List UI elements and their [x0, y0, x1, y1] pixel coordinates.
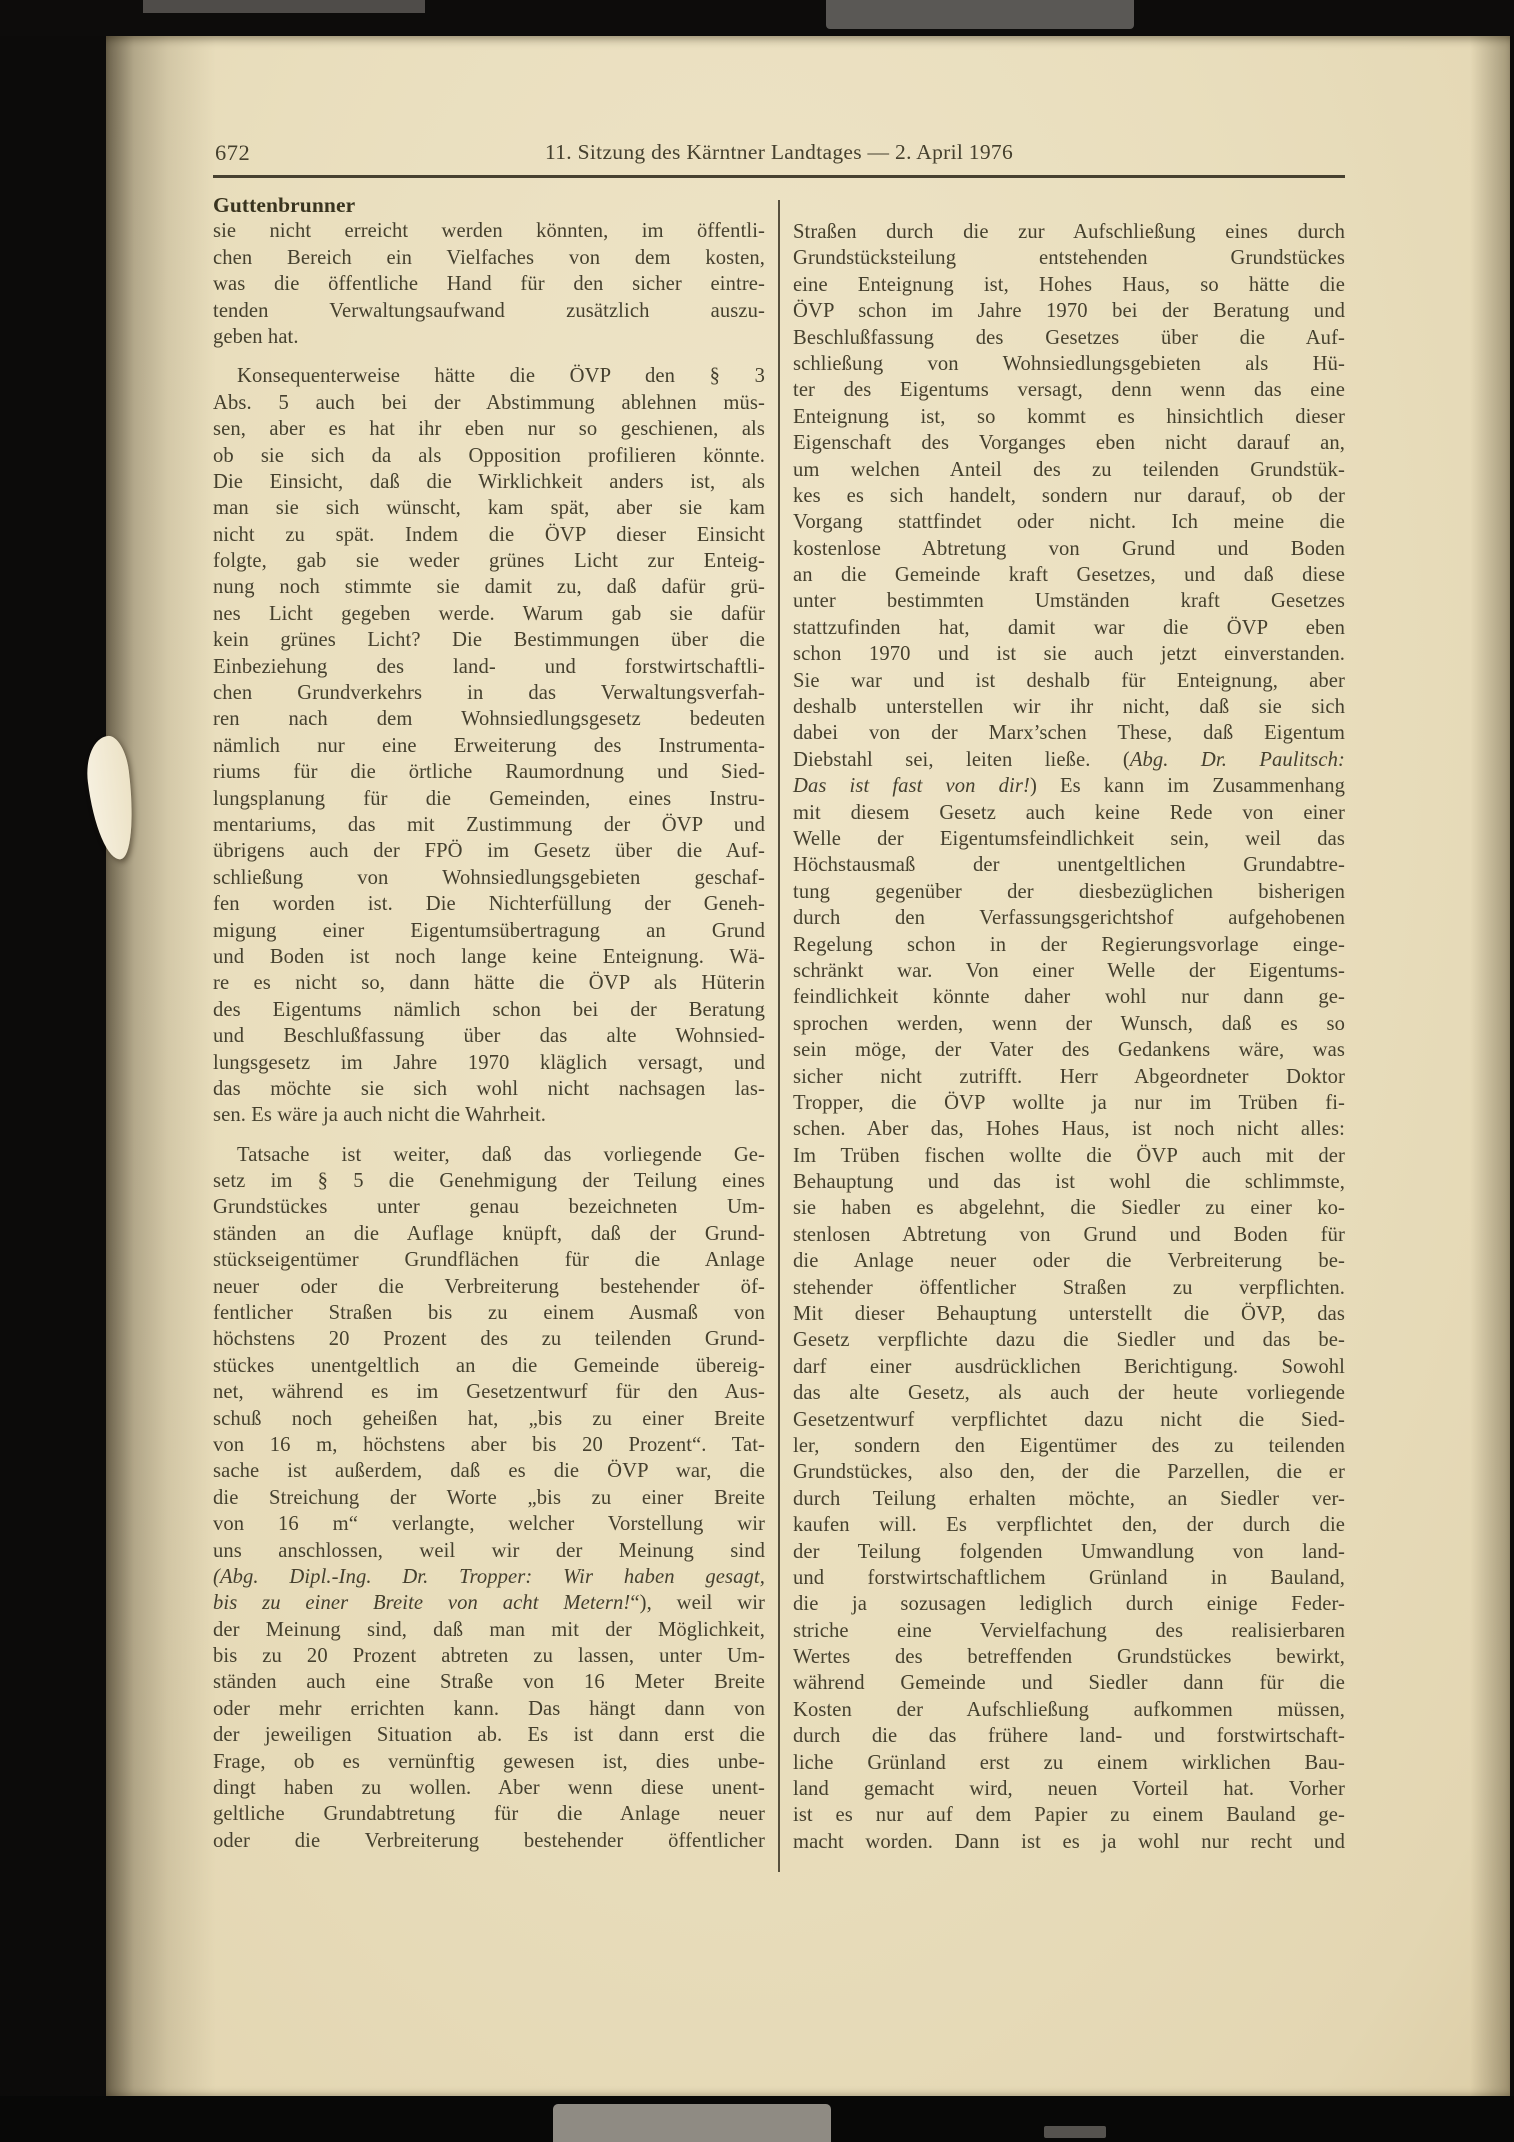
text-line: eine Enteignung ist, Hohes Haus, so hätt… [793, 272, 1345, 298]
text-line: Einbeziehung des land- und forstwirtscha… [213, 654, 765, 680]
header-rule [213, 175, 1345, 178]
text-line: kaufen will. Es verpflichtet den, der du… [793, 1512, 1345, 1538]
right-column: Straßen durch die zur Aufschließung eine… [793, 192, 1345, 1855]
scan-edge-block [826, 0, 1134, 29]
text-line: und forstwirtschaftlichem Grünland in Ba… [793, 1565, 1345, 1591]
text-line: der jeweiligen Situation ab. Es ist dann… [213, 1722, 765, 1748]
text-line: Grundstückes, also den, der die Parzelle… [793, 1459, 1345, 1485]
text-line: fen worden ist. Die Nichterfüllung der G… [213, 891, 765, 917]
text-line: das alte Gesetz, als auch der heute vorl… [793, 1380, 1345, 1406]
text-line: nes Licht gegeben werde. Warum gab sie d… [213, 601, 765, 627]
text-line: macht worden. Dann ist es ja wohl nur re… [793, 1829, 1345, 1855]
text-line: sie haben es abgelehnt, die Siedler zu e… [793, 1195, 1345, 1221]
text-line: Regelung schon in der Regierungsvorlage … [793, 932, 1345, 958]
text-line: Eigenschaft des Vorganges eben nicht dar… [793, 430, 1345, 456]
text-line: stattzufinden hat, damit war die ÖVP ebe… [793, 615, 1345, 641]
header-title: 11. Sitzung des Kärntner Landtages — 2. … [213, 140, 1345, 165]
text-line: Die Einsicht, daß die Wirklichkeit ander… [213, 469, 765, 495]
page-paper: 672 11. Sitzung des Kärntner Landtages —… [106, 36, 1510, 2096]
text-line: dingt haben zu wollen. Aber wenn diese u… [213, 1775, 765, 1801]
text-line: Gesetz verpflichte dazu die Siedler und … [793, 1327, 1345, 1353]
text-line: (Abg. Dipl.-Ing. Dr. Tropper: Wir haben … [213, 1564, 765, 1590]
text-line: die Anlage neuer oder die Verbreiterung … [793, 1248, 1345, 1274]
text-line: sicher nicht zutrifft. Herr Abgeordneter… [793, 1064, 1345, 1090]
text-line: schließung von Wohnsiedlungsgebieten ges… [213, 865, 765, 891]
text-line: Diebstahl sei, leiten ließe. (Abg. Dr. P… [793, 747, 1345, 773]
text-line: folgte, gab sie weder grünes Licht zur E… [213, 548, 765, 574]
scan-bottom-edge [0, 2096, 1514, 2142]
text-line: und Boden ist noch lange keine Enteignun… [213, 944, 765, 970]
text-line: Welle der Eigentumsfeindlichkeit sein, w… [793, 826, 1345, 852]
scan-edge-block [553, 2104, 831, 2142]
text-line: schließung von Wohnsiedlungsgebieten als… [793, 351, 1345, 377]
text-line: durch Teilung erhalten möchte, an Siedle… [793, 1486, 1345, 1512]
left-column-lines: sie nicht erreicht werden könnten, im öf… [213, 218, 765, 1854]
scan-edge-block [143, 0, 425, 13]
text-line: ständen auch eine Straße von 16 Meter Br… [213, 1669, 765, 1695]
text-line: stehender öffentlicher Straßen zu verpfl… [793, 1275, 1345, 1301]
text-line: Behauptung und das ist wohl die schlimms… [793, 1169, 1345, 1195]
text-line: übrigens auch der FPÖ im Gesetz über die… [213, 838, 765, 864]
text-line: riums für die örtliche Raumordnung und S… [213, 759, 765, 785]
text-line: ständen an die Auflage knüpft, daß der G… [213, 1221, 765, 1247]
text-line: von 16 m, höchstens aber bis 20 Prozent“… [213, 1432, 765, 1458]
text-line: nämlich nur eine Erweiterung des Instrum… [213, 733, 765, 759]
text-line: mit diesem Gesetz auch keine Rede von ei… [793, 800, 1345, 826]
text-line: nung noch stimmte sie damit zu, daß dafü… [213, 574, 765, 600]
text-line: Konsequenterweise hätte die ÖVP den § 3 [213, 363, 765, 389]
scan-edge-block [1044, 2126, 1106, 2138]
text-line: neuer oder die Verbreiterung bestehender… [213, 1274, 765, 1300]
text-line: Mit dieser Behauptung unterstellt die ÖV… [793, 1301, 1345, 1327]
text-line: kes es sich handelt, sondern nur darauf,… [793, 483, 1345, 509]
text-line: um welchen Anteil des zu teilenden Grund… [793, 457, 1345, 483]
text-line: stenlosen Abtretung von Grund und Boden … [793, 1222, 1345, 1248]
text-line: schen. Aber das, Hohes Haus, ist noch ni… [793, 1116, 1345, 1142]
text-line: mentariums, das mit Zustimmung der ÖVP u… [213, 812, 765, 838]
text-line: darf einer ausdrücklichen Berichtigung. … [793, 1354, 1345, 1380]
text-line: Grundstückes unter genau bezeichneten Um… [213, 1194, 765, 1220]
text-line: Sie war und ist deshalb für Enteignung, … [793, 668, 1345, 694]
text-line: Enteignung ist, so kommt es hinsichtlich… [793, 404, 1345, 430]
text-line: liche Grünland erst zu einem wirklichen … [793, 1750, 1345, 1776]
text-line: deshalb unterstellen wir ihr nicht, daß … [793, 694, 1345, 720]
page-header: 672 11. Sitzung des Kärntner Landtages —… [213, 138, 1345, 168]
right-column-lines: Straßen durch die zur Aufschließung eine… [793, 219, 1345, 1855]
text-line: Tatsache ist weiter, daß das vorliegende… [213, 1142, 765, 1168]
text-line: kein grünes Licht? Die Bestimmungen über… [213, 627, 765, 653]
text-line: das möchte sie sich wohl nicht nachsagen… [213, 1076, 765, 1102]
text-line: uns anschlossen, weil wir der Meinung si… [213, 1538, 765, 1564]
text-line: re es nicht so, dann hätte die ÖVP als H… [213, 970, 765, 996]
text-line: tenden Verwaltungsaufwand zusätzlich aus… [213, 298, 765, 324]
text-line: sen, aber es hat ihr eben nur so geschie… [213, 416, 765, 442]
text-line: schuß noch geheißen hat, „bis zu einer B… [213, 1406, 765, 1432]
text-line: ter des Eigentums versagt, denn wenn das… [793, 377, 1345, 403]
text-line: ler, sondern den Eigentümer des zu teile… [793, 1433, 1345, 1459]
text-line: stückseigentümer Grundflächen für die An… [213, 1247, 765, 1273]
text-line: Tropper, die ÖVP wollte ja nur im Trüben… [793, 1090, 1345, 1116]
text-line: die ja sozusagen lediglich durch einige … [793, 1591, 1345, 1617]
text-line: man sie sich wünscht, kam spät, aber sie… [213, 495, 765, 521]
text-line: durch die das frühere land- und forstwir… [793, 1723, 1345, 1749]
text-line: an die Gemeinde kraft Gesetzes, und daß … [793, 562, 1345, 588]
text-line: durch den Verfassungsgerichtshof aufgeho… [793, 905, 1345, 931]
scan-top-edge [0, 0, 1514, 36]
text-line: Das ist fast von dir!) Es kann im Zusamm… [793, 773, 1345, 799]
text-line: chen Bereich ein Vielfaches von dem kost… [213, 245, 765, 271]
column-divider [778, 200, 780, 1872]
page-right-shade [1470, 36, 1510, 2096]
text-line: des Eigentums nämlich schon bei der Bera… [213, 997, 765, 1023]
text-line: Beschlußfassung des Gesetzes über die Au… [793, 325, 1345, 351]
text-line: sache ist außerdem, daß es die ÖVP war, … [213, 1458, 765, 1484]
text-line: striche eine Vervielfachung des realisie… [793, 1618, 1345, 1644]
text-line: geltliche Grundabtretung für die Anlage … [213, 1801, 765, 1827]
text-line: ob sie sich da als Opposition profiliere… [213, 443, 765, 469]
text-line: Im Trüben fischen wollte die ÖVP auch mi… [793, 1143, 1345, 1169]
text-line: von 16 m“ verlangte, welcher Vorstellung… [213, 1511, 765, 1537]
text-line: sie nicht erreicht werden könnten, im öf… [213, 218, 765, 244]
text-line: setz im § 5 die Genehmigung der Teilung … [213, 1168, 765, 1194]
text-line: Gesetzentwurf verpflichtet dazu nicht di… [793, 1407, 1345, 1433]
text-line: nicht zu spät. Indem die ÖVP dieser Eins… [213, 522, 765, 548]
text-line: Höchstausmaß der unentgeltlichen Grundab… [793, 852, 1345, 878]
text-line: tung gegenüber der diesbezüglichen bishe… [793, 879, 1345, 905]
text-line: Vorgang stattfindet oder nicht. Ich mein… [793, 509, 1345, 535]
text-line: unter bestimmten Umständen kraft Gesetze… [793, 588, 1345, 614]
text-line: was die öffentliche Hand für den sicher … [213, 271, 765, 297]
text-line: oder die Verbreiterung bestehender öffen… [213, 1828, 765, 1854]
text-line: ist es nur auf dem Papier zu einem Baula… [793, 1802, 1345, 1828]
text-line: bis zu 20 Prozent abtreten zu lassen, un… [213, 1643, 765, 1669]
text-line: fentlicher Straßen bis zu einem Ausmaß v… [213, 1300, 765, 1326]
text-line: ÖVP schon im Jahre 1970 bei der Beratung… [793, 298, 1345, 324]
text-line: chen Grundverkehrs in das Verwaltungsver… [213, 680, 765, 706]
text-line: Kosten der Aufschließung aufkommen müsse… [793, 1697, 1345, 1723]
text-line: kostenlose Abtretung von Grund und Boden [793, 536, 1345, 562]
text-line: während Gemeinde und Siedler dann für di… [793, 1670, 1345, 1696]
text-line: lungsgesetz im Jahre 1970 kläglich versa… [213, 1050, 765, 1076]
text-line: migung einer Eigentumsübertragung an Gru… [213, 918, 765, 944]
text-line: höchstens 20 Prozent des zu teilenden Gr… [213, 1326, 765, 1352]
text-line: Abs. 5 auch bei der Abstimmung ablehnen … [213, 390, 765, 416]
text-line: sprochen werden, wenn der Wunsch, daß es… [793, 1011, 1345, 1037]
text-line: Wertes des betreffenden Grundstückes bew… [793, 1644, 1345, 1670]
text-line: lungsplanung für die Gemeinden, eines In… [213, 786, 765, 812]
text-line: bis zu einer Breite von acht Metern!“), … [213, 1590, 765, 1616]
text-line: land gemacht wird, neuen Vorteil hat. Vo… [793, 1776, 1345, 1802]
text-line: Frage, ob es vernünftig gewesen ist, die… [213, 1749, 765, 1775]
text-line: oder mehr errichten kann. Das hängt dann… [213, 1696, 765, 1722]
left-column: Guttenbrunner sie nicht erreicht werden … [213, 192, 765, 1854]
speaker-name: Guttenbrunner [213, 192, 765, 218]
text-line: sen. Es wäre ja auch nicht die Wahrheit. [213, 1102, 765, 1128]
text-line: der Teilung folgenden Umwandlung von lan… [793, 1539, 1345, 1565]
text-line: ren nach dem Wohnsiedlungsgesetz bedeute… [213, 706, 765, 732]
text-line: Grundstücksteilung entstehenden Grundstü… [793, 245, 1345, 271]
text-line: dabei von der Marx’schen These, daß Eige… [793, 720, 1345, 746]
text-line: der Meinung sind, daß man mit der Möglic… [213, 1617, 765, 1643]
text-line: Straßen durch die zur Aufschließung eine… [793, 219, 1345, 245]
text-line: schon 1970 und ist sie auch jetzt einver… [793, 641, 1345, 667]
text-line: schränkt war. Von einer Welle der Eigent… [793, 958, 1345, 984]
text-line: stückes unentgeltlich an die Gemeinde üb… [213, 1353, 765, 1379]
text-line: sein möge, der Vater des Gedankens wäre,… [793, 1037, 1345, 1063]
text-line: die Streichung der Worte „bis zu einer B… [213, 1485, 765, 1511]
text-line: geben hat. [213, 324, 765, 350]
text-line: net, während es im Gesetzentwurf für den… [213, 1379, 765, 1405]
text-line: feindlichkeit könnte daher wohl nur dann… [793, 984, 1345, 1010]
text-line: und Beschlußfassung über das alte Wohnsi… [213, 1023, 765, 1049]
binding-shadow [106, 36, 226, 2096]
